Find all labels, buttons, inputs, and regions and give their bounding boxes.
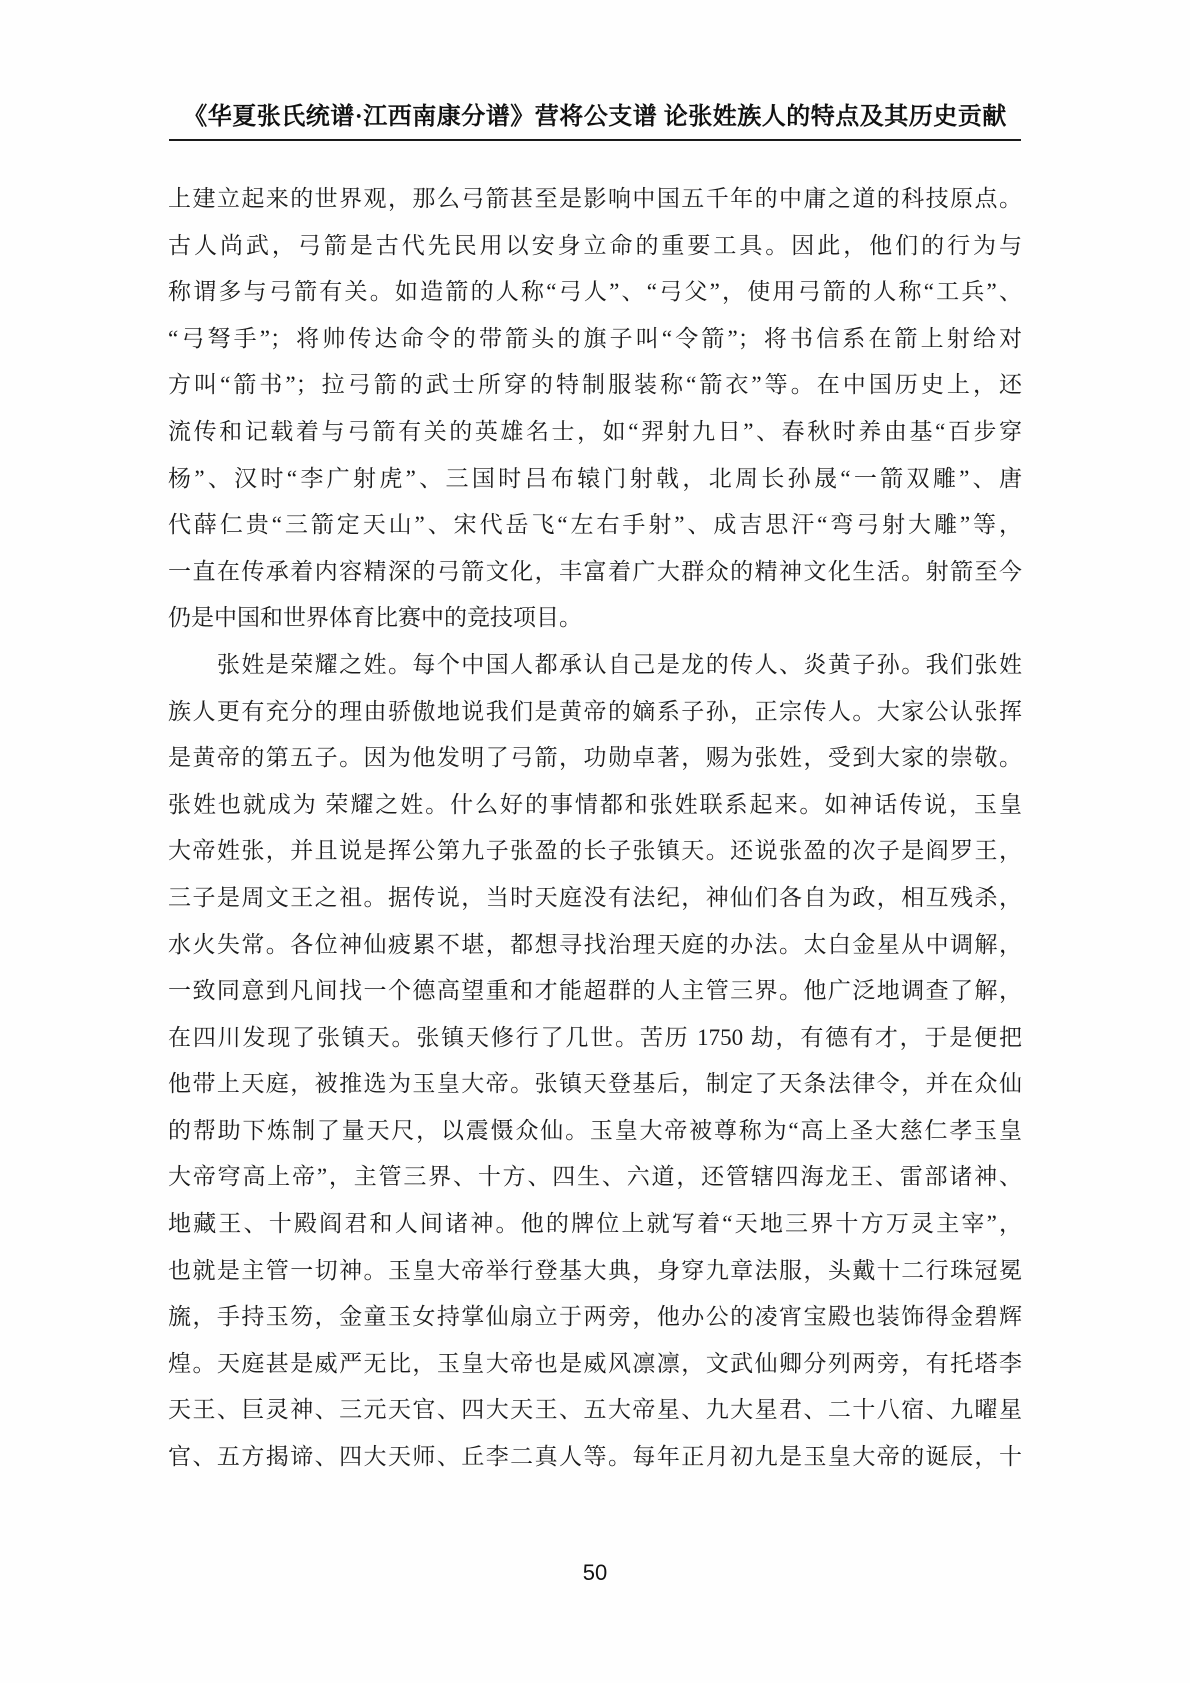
text-line: 杨”、汉时“李广射虎”、三国时吕布辕门射戟，北周长孙晟“一箭双雕”、唐	[168, 456, 1022, 503]
text-line: 天王、巨灵神、三元天官、四大天王、五大帝星、九大星君、二十八宿、九曜星	[168, 1387, 1022, 1434]
text-line: 三子是周文王之祖。据传说，当时天庭没有法纪，神仙们各自为政，相互残杀，	[168, 875, 1022, 922]
text-line: 方叫“箭书”；拉弓箭的武士所穿的特制服装称“箭衣”等。在中国历史上，还	[168, 362, 1022, 409]
text-line: 他带上天庭，被推选为玉皇大帝。张镇天登基后，制定了天条法律令，并在众仙	[168, 1061, 1022, 1108]
text-line: 一致同意到凡间找一个德高望重和才能超群的人主管三界。他广泛地调查了解，	[168, 968, 1022, 1015]
text-line: 大帝穹高上帝”，主管三界、十方、四生、六道，还管辖四海龙王、雷部诸神、	[168, 1154, 1022, 1201]
text-line: 旒，手持玉笏，金童玉女持掌仙扇立于两旁，他办公的凌宵宝殿也装饰得金碧辉	[168, 1294, 1022, 1341]
header-rule	[169, 139, 1021, 141]
text-line: 流传和记载着与弓箭有关的英雄名士，如“羿射九日”、春秋时养由基“百步穿	[168, 409, 1022, 456]
text-line: 煌。天庭甚是威严无比，玉皇大帝也是威风凛凛，文武仙卿分列两旁，有托塔李	[168, 1341, 1022, 1388]
text-line: 张姓是荣耀之姓。每个中国人都承认自己是龙的传人、炎黄子孙。我们张姓	[168, 642, 1022, 689]
text-line: 也就是主管一切神。玉皇大帝举行登基大典，身穿九章法服，头戴十二行珠冠冕	[168, 1248, 1022, 1295]
text-line: 仍是中国和世界体育比赛中的竞技项目。	[168, 595, 1022, 642]
text-line: 代薛仁贵“三箭定天山”、宋代岳飞“左右手射”、成吉思汗“弯弓射大雕”等，	[168, 502, 1022, 549]
paragraph-1: 上建立起来的世界观，那么弓箭甚至是影响中国五千年的中庸之道的科技原点。古人尚武，…	[168, 176, 1022, 642]
document-page: 《华夏张氏统谱·江西南康分谱》营将公支谱 论张姓族人的特点及其历史贡献 上建立起…	[0, 0, 1190, 1683]
text-line: 称谓多与弓箭有关。如造箭的人称“弓人”、“弓父”，使用弓箭的人称“工兵”、	[168, 269, 1022, 316]
text-line: 大帝姓张，并且说是挥公第九子张盈的长子张镇天。还说张盈的次子是阎罗王，	[168, 828, 1022, 875]
text-line: 一直在传承着内容精深的弓箭文化，丰富着广大群众的精神文化生活。射箭至今	[168, 549, 1022, 596]
text-line: 上建立起来的世界观，那么弓箭甚至是影响中国五千年的中庸之道的科技原点。	[168, 176, 1022, 223]
text-line: 地藏王、十殿阎君和人间诸神。他的牌位上就写着“天地三界十方万灵主宰”，	[168, 1201, 1022, 1248]
text-line: 是黄帝的第五子。因为他发明了弓箭，功勋卓著，赐为张姓，受到大家的崇敬。	[168, 735, 1022, 782]
text-line: 水火失常。各位神仙疲累不堪，都想寻找治理天庭的办法。太白金星从中调解，	[168, 922, 1022, 969]
text-line: 张姓也就成为 荣耀之姓。什么好的事情都和张姓联系起来。如神话传说，玉皇	[168, 782, 1022, 829]
text-line: 官、五方揭谛、四大天师、丘李二真人等。每年正月初九是玉皇大帝的诞辰，十	[168, 1434, 1022, 1481]
document-body: 上建立起来的世界观，那么弓箭甚至是影响中国五千年的中庸之道的科技原点。古人尚武，…	[168, 176, 1022, 1481]
page-number: 50	[0, 1560, 1190, 1586]
page-header: 《华夏张氏统谱·江西南康分谱》营将公支谱 论张姓族人的特点及其历史贡献	[168, 102, 1022, 132]
text-line: 的帮助下炼制了量天尺，以震慑众仙。玉皇大帝被尊称为“高上圣大慈仁孝玉皇	[168, 1108, 1022, 1155]
text-line: 在四川发现了张镇天。张镇天修行了几世。苦历 1750 劫，有德有才，于是便把	[168, 1015, 1022, 1062]
text-line: “弓弩手”；将帅传达命令的带箭头的旗子叫“令箭”；将书信系在箭上射给对	[168, 316, 1022, 363]
paragraph-2: 张姓是荣耀之姓。每个中国人都承认自己是龙的传人、炎黄子孙。我们张姓族人更有充分的…	[168, 642, 1022, 1481]
text-line: 族人更有充分的理由骄傲地说我们是黄帝的嫡系子孙，正宗传人。大家公认张挥	[168, 689, 1022, 736]
text-line: 古人尚武，弓箭是古代先民用以安身立命的重要工具。因此，他们的行为与	[168, 223, 1022, 270]
